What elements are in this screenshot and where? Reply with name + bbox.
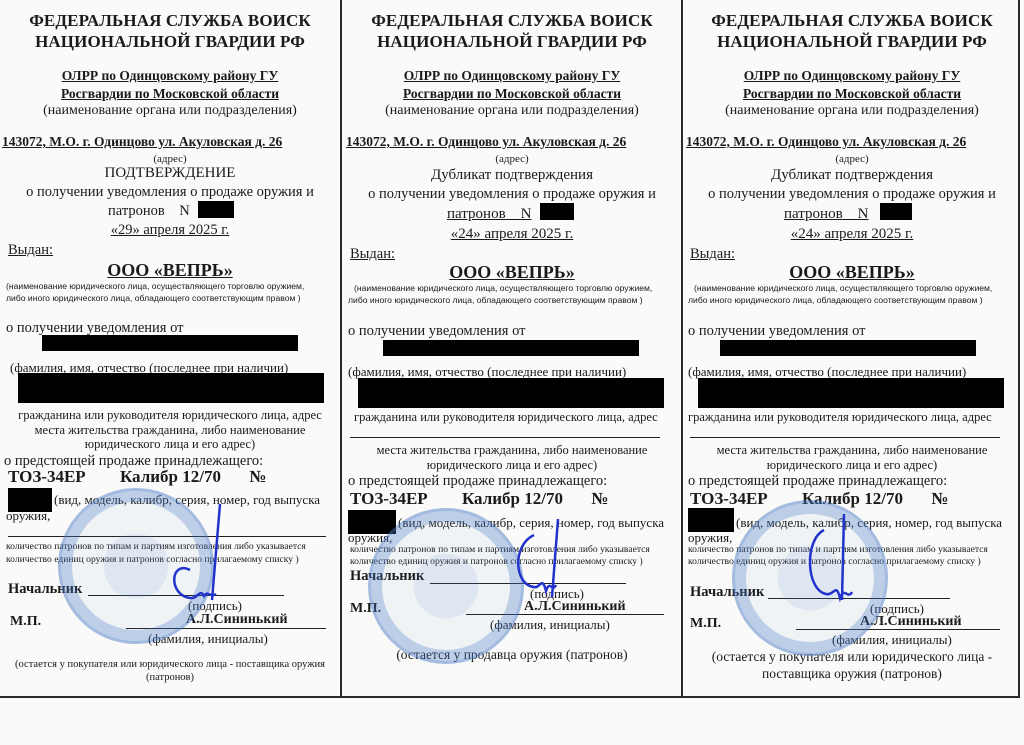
header-line1: ФЕДЕРАЛЬНАЯ СЛУЖБА ВОИСК	[684, 10, 1020, 31]
date: «24» апреля 2025 г.	[684, 225, 1020, 244]
copy-note-line2: (патронов)	[0, 672, 340, 683]
caliber: Калибр 12/70	[462, 489, 563, 508]
subject-line1: о получении уведомления о продаже оружия…	[684, 185, 1020, 204]
subject-line2: патронов N	[784, 205, 869, 224]
weapon-line: ТОЗ-34ЕР Калибр 12/70 №	[350, 489, 608, 509]
rule	[690, 437, 1000, 438]
address-caption-line1: гражданина или руководителя юридического…	[354, 408, 658, 426]
header-line1: ФЕДЕРАЛЬНАЯ СЛУЖБА ВОИСК	[0, 10, 340, 31]
header-line1: ФЕДЕРАЛЬНАЯ СЛУЖБА ВОИСК	[344, 10, 680, 31]
issued-to: ООО «ВЕПРЬ»	[0, 260, 340, 281]
redacted-address	[18, 373, 324, 403]
number-label: N	[521, 206, 532, 222]
address: 143072, М.О. г. Одинцово ул. Акуловская …	[686, 134, 966, 150]
redacted-fio	[720, 340, 976, 356]
subject-line1: о получении уведомления о продаже оружия…	[344, 185, 680, 204]
subject-word: патронов	[784, 206, 843, 222]
weapon-model: ТОЗ-34ЕР	[8, 467, 86, 486]
doc-title: Дубликат подтверждения	[344, 166, 680, 185]
header-line2: НАЦИОНАЛЬНОЙ ГВАРДИИ РФ	[684, 31, 1020, 52]
signer-name: А.Л.Сининький	[186, 612, 288, 628]
mp-label: М.П.	[690, 616, 721, 632]
signature-mark	[150, 500, 240, 610]
org-caption: (наименование органа или подразделения)	[684, 102, 1020, 120]
redacted-address	[358, 378, 664, 408]
caliber: Калибр 12/70	[120, 467, 221, 486]
serial-label: №	[249, 467, 266, 486]
weapon-caption-line2: оружия,	[6, 507, 50, 525]
address-caption: (адрес)	[344, 153, 680, 165]
redacted-number	[198, 201, 234, 218]
org-caption: (наименование органа или подразделения)	[344, 102, 680, 120]
copy-note-line2: поставщика оружия (патронов)	[684, 665, 1020, 683]
rule	[350, 437, 660, 438]
subject-word: патронов	[108, 203, 165, 219]
signature-mark	[494, 515, 584, 605]
address-caption-line3: юридического лица и его адрес)	[0, 435, 340, 453]
doc-title: ПОДТВЕРЖДЕНИЕ	[0, 164, 340, 183]
copy-note-line1: (остается у покупателя или юридического …	[0, 659, 340, 670]
org-line1: ОЛРР по Одинцовскому району ГУ	[344, 67, 680, 85]
date: «29» апреля 2025 г.	[0, 221, 340, 240]
subject-line2: патронов N	[447, 205, 532, 224]
redacted-address	[698, 378, 1004, 408]
redacted-number	[540, 203, 574, 220]
subject-line2: патронов N	[108, 202, 190, 221]
date: «24» апреля 2025 г.	[344, 225, 680, 244]
serial-label: №	[591, 489, 608, 508]
org-line2: Росгвардии по Московской области	[684, 85, 1020, 103]
org-line2: Росгвардии по Московской области	[344, 85, 680, 103]
weapon-line: ТОЗ-34ЕР Калибр 12/70 №	[8, 467, 266, 487]
scanned-document: ФЕДЕРАЛЬНАЯ СЛУЖБА ВОИСК НАЦИОНАЛЬНОЙ ГВ…	[0, 0, 1024, 745]
issued-caption-line2: либо иного юридического лица, обладающег…	[6, 292, 301, 305]
header-line2: НАЦИОНАЛЬНОЙ ГВАРДИИ РФ	[0, 31, 340, 52]
header-line2: НАЦИОНАЛЬНОЙ ГВАРДИИ РФ	[344, 31, 680, 52]
org-caption: (наименование органа или подразделения)	[0, 102, 340, 120]
copy-note-line1: (остается у продавца оружия (патронов)	[344, 646, 680, 664]
panel-confirmation: ФЕДЕРАЛЬНАЯ СЛУЖБА ВОИСК НАЦИОНАЛЬНОЙ ГВ…	[0, 0, 340, 697]
signature-mark	[794, 510, 884, 610]
redacted-number	[880, 203, 912, 220]
doc-title: Дубликат подтверждения	[684, 166, 1020, 185]
panel-divider	[340, 0, 342, 697]
panel-duplicate-seller: ФЕДЕРАЛЬНАЯ СЛУЖБА ВОИСК НАЦИОНАЛЬНОЙ ГВ…	[344, 0, 680, 697]
number-label: N	[858, 206, 869, 222]
panel-duplicate-buyer: ФЕДЕРАЛЬНАЯ СЛУЖБА ВОИСК НАЦИОНАЛЬНОЙ ГВ…	[684, 0, 1020, 697]
panel-divider	[681, 0, 683, 697]
from-label: о получении уведомления от	[348, 322, 525, 341]
address-caption: (адрес)	[684, 153, 1020, 165]
copy-note-line1: (остается у покупателя или юридического …	[684, 648, 1020, 666]
from-label: о получении уведомления от	[688, 322, 865, 341]
weapon-model: ТОЗ-34ЕР	[350, 489, 428, 508]
org-line1: ОЛРР по Одинцовскому району ГУ	[0, 67, 340, 85]
number-label: N	[179, 203, 189, 219]
subject-word: патронов	[447, 206, 506, 222]
redacted-fio	[383, 340, 639, 356]
issued-to: ООО «ВЕПРЬ»	[684, 262, 1020, 283]
issued-to: ООО «ВЕПРЬ»	[344, 262, 680, 283]
address-caption-line1: гражданина или руководителя юридического…	[688, 408, 992, 426]
issued-caption-line2: либо иного юридического лица, обладающег…	[688, 294, 983, 307]
org-line2: Росгвардии по Московской области	[0, 85, 340, 103]
subject-line1: о получении уведомления о продаже оружия…	[0, 183, 340, 202]
issued-label: Выдан:	[8, 241, 53, 260]
redacted-fio	[42, 335, 298, 351]
serial-label: №	[931, 489, 948, 508]
weapon-model: ТОЗ-34ЕР	[690, 489, 768, 508]
address: 143072, М.О. г. Одинцово ул. Акуловская …	[2, 134, 282, 150]
address: 143072, М.О. г. Одинцово ул. Акуловская …	[346, 134, 626, 150]
issued-caption-line2: либо иного юридического лица, обладающег…	[348, 294, 643, 307]
org-line1: ОЛРР по Одинцовскому району ГУ	[684, 67, 1020, 85]
mp-label: М.П.	[10, 614, 41, 630]
